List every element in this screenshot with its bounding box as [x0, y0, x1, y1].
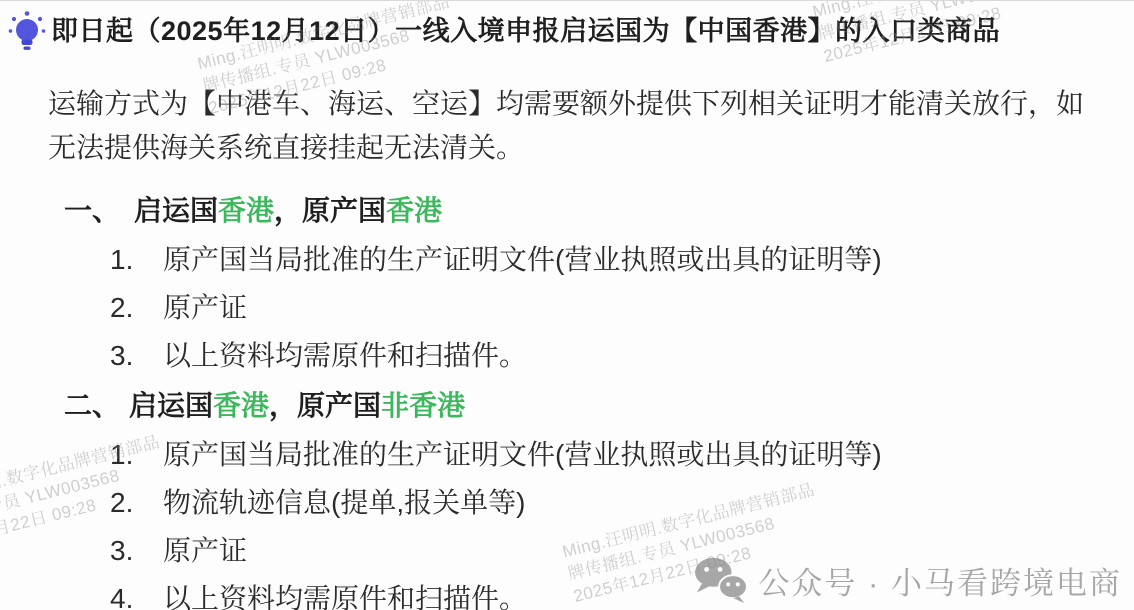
item-text: 原产证 [163, 534, 247, 567]
intro-line-2: 无法提供海关系统直接挂起无法清关。 [48, 126, 1134, 170]
footer-brand: 公众号 · 小马看跨境电商 [692, 556, 1122, 604]
section-1-green-2: 香港 [386, 195, 442, 226]
intro-line-1: 运输方式为【中港车、海运、空运】均需要额外提供下列相关证明才能清关放行，如 [48, 82, 1134, 126]
list-item: 2. 物流轨迹信息(提单,报关单等) [110, 486, 1134, 519]
section-2-green-1: 香港 [213, 390, 269, 421]
section-1-items: 1. 原产国当局批准的生产证明文件(营业执照或出具的证明等) 2. 原产证 3.… [0, 243, 1134, 372]
wechat-logo-icon [692, 556, 750, 604]
item-number: 4. [110, 582, 163, 610]
list-item: 3. 以上资料均需原件和扫描件。 [110, 339, 1134, 372]
item-text: 物流轨迹信息(提单,报关单等) [163, 486, 525, 519]
list-item: 2. 原产证 [110, 291, 1134, 324]
item-number: 2. [110, 291, 163, 324]
item-number: 2. [110, 486, 163, 519]
section-1-heading: 一、启运国香港，原产国香港 [64, 194, 1134, 228]
footer-account-label: 公众号 · 小马看跨境电商 [758, 558, 1122, 603]
list-item: 1. 原产国当局批准的生产证明文件(营业执照或出具的证明等) [110, 438, 1134, 471]
section-2-green-2: 非香港 [381, 390, 465, 421]
section-2-heading: 二、启运国香港，原产国非香港 [64, 389, 1134, 423]
notice-document: 即日起（2025年12月12日）一线入境申报启运国为【中国香港】的入口类商品 运… [0, 0, 1134, 610]
item-text: 原产证 [163, 291, 247, 324]
section-1-green-1: 香港 [218, 195, 274, 226]
item-text: 以上资料均需原件和扫描件。 [163, 339, 527, 372]
section-1-label-2: ，原产国 [274, 195, 386, 226]
item-text: 以上资料均需原件和扫描件。 [163, 582, 527, 610]
intro-paragraph: 运输方式为【中港车、海运、空运】均需要额外提供下列相关证明才能清关放行，如 无法… [48, 82, 1134, 170]
title-row: 即日起（2025年12月12日）一线入境申报启运国为【中国香港】的入口类商品 [0, 1, 1134, 54]
item-number: 1. [110, 438, 163, 471]
list-item: 1. 原产国当局批准的生产证明文件(营业执照或出具的证明等) [110, 243, 1134, 276]
section-2-number: 二、 [64, 390, 120, 421]
section-2-label: 启运国 [129, 390, 213, 421]
lightbulb-icon [7, 10, 47, 54]
section-1-label: 启运国 [134, 195, 218, 226]
item-number: 1. [110, 243, 163, 276]
section-1-number: 一、 [64, 195, 120, 226]
page-title: 即日起（2025年12月12日）一线入境申报启运国为【中国香港】的入口类商品 [51, 11, 1000, 51]
item-text: 原产国当局批准的生产证明文件(营业执照或出具的证明等) [163, 243, 882, 276]
item-text: 原产国当局批准的生产证明文件(营业执照或出具的证明等) [163, 438, 882, 471]
item-number: 3. [110, 339, 163, 372]
item-number: 3. [110, 534, 163, 567]
section-2-label-2: ，原产国 [269, 390, 381, 421]
